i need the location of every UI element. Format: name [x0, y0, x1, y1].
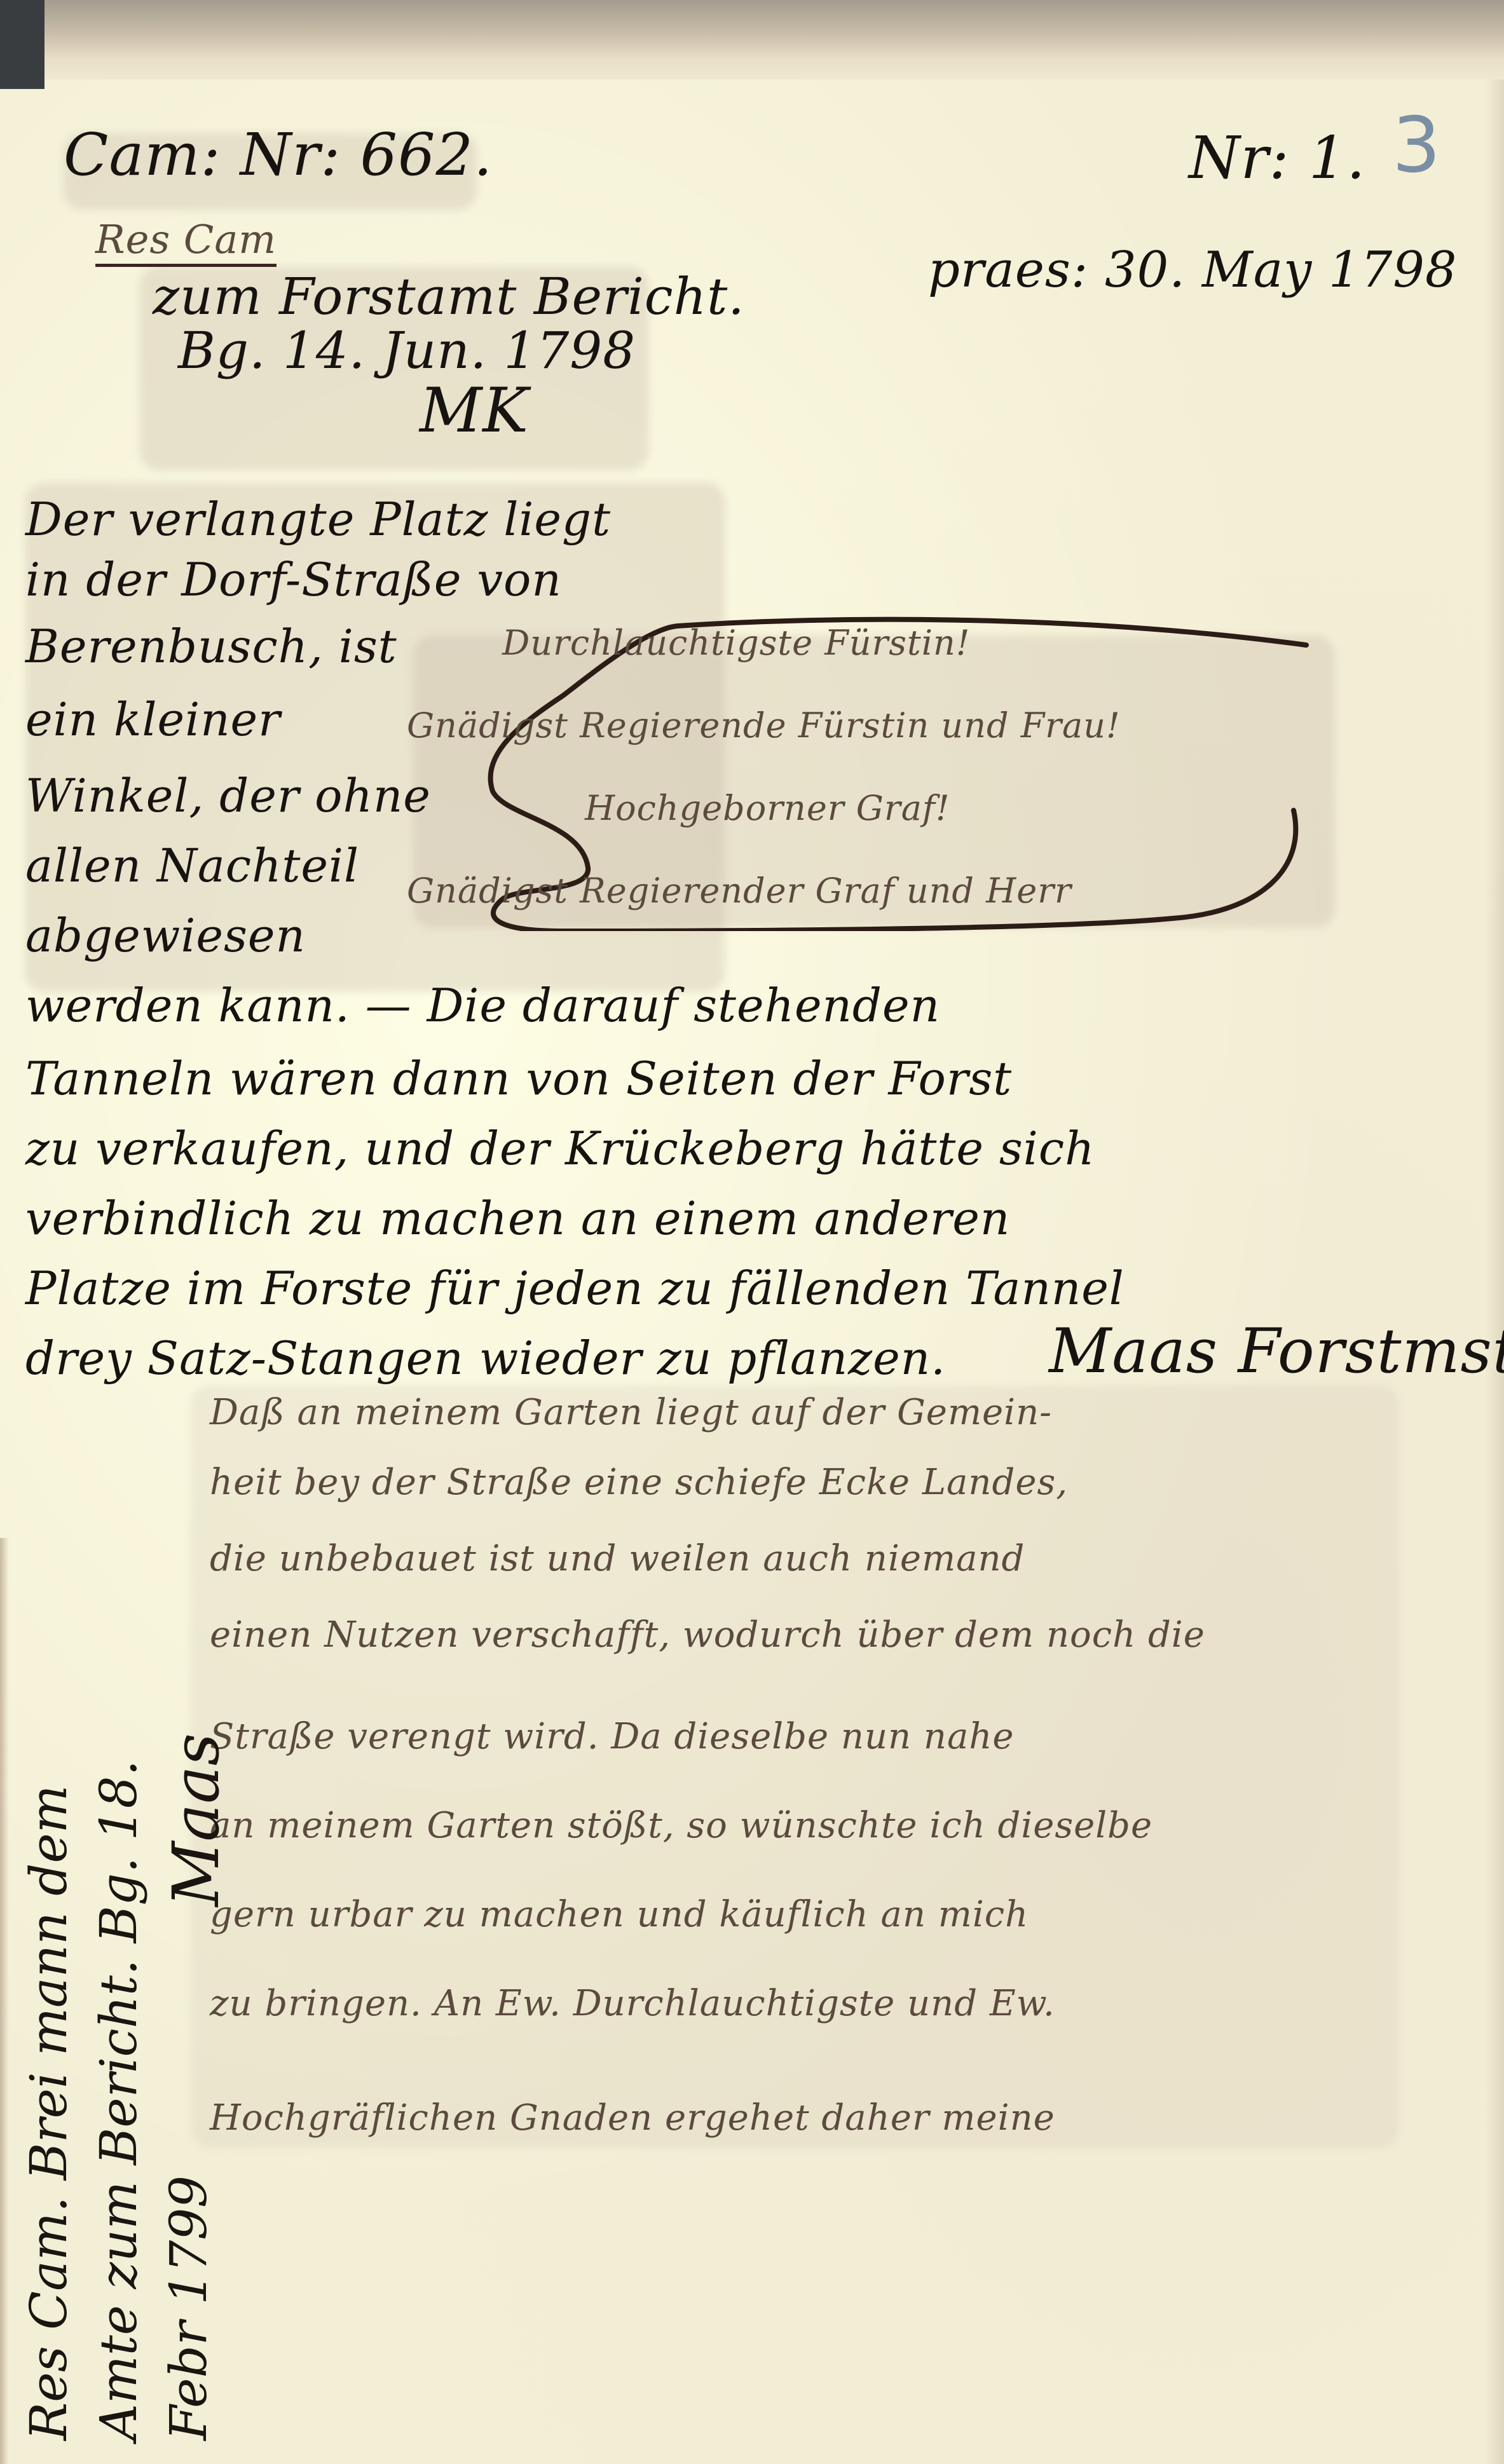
- salutation-line: Gnädigst Regierende Fürstin und Frau!: [407, 705, 1121, 745]
- report-line: Der verlangte Platz liegt: [25, 493, 611, 546]
- header-cam-number: Cam: Nr: 662.: [64, 121, 493, 189]
- petition-line: einen Nutzen verschafft, wodurch über de…: [210, 1614, 1205, 1656]
- margin-note-line3: Febr 1799: [159, 2175, 218, 2440]
- resolution-date: Bg. 14. Jun. 1798: [178, 321, 636, 380]
- salutation-line: Gnädigst Regierender Graf und Herr: [407, 871, 1072, 911]
- paper-right-edge: [1485, 79, 1504, 2464]
- report-line: zu verkaufen, und der Krückeberg hätte s…: [25, 1122, 1095, 1175]
- petition-line: Daß an meinem Garten liegt auf der Gemei…: [210, 1392, 1052, 1433]
- petition-line: gern urbar zu machen und käuflich an mic…: [210, 1894, 1029, 1935]
- report-line: allen Nachteil: [25, 839, 359, 892]
- margin-note-signature: Maas: [159, 1733, 233, 1907]
- report-line: Tanneln wären dann von Seiten der Forst: [25, 1052, 1012, 1105]
- manuscript-page: Cam: Nr: 662. Nr: 1. 3 praes: 30. May 17…: [0, 0, 1504, 2464]
- salutation-line: Hochgeborner Graf!: [585, 788, 950, 828]
- margin-note-line2: Amte zum Bericht. Bg. 18.: [89, 1760, 148, 2440]
- report-line: werden kann. — Die darauf stehenden: [25, 979, 940, 1032]
- report-signature: Maas Forstmstr: [1049, 1316, 1504, 1387]
- paper-left-fold: [0, 1538, 9, 2464]
- report-line: drey Satz-Stangen wieder zu pflanzen.: [25, 1331, 946, 1385]
- petition-line: zu bringen. An Ew. Durchlauchtigste und …: [210, 1983, 1055, 2024]
- report-line: abgewiesen: [25, 909, 306, 962]
- header-number: Nr: 1.: [1189, 124, 1366, 192]
- paper-top-edge: [0, 0, 1504, 79]
- praes-note: praes: 30. May 1798: [928, 242, 1458, 299]
- report-line: Platze im Forste für jeden zu fällenden …: [25, 1262, 1125, 1315]
- report-line: Berenbusch, ist: [25, 620, 397, 673]
- petition-line: an meinem Garten stößt, so wünschte ich …: [210, 1805, 1152, 1846]
- report-line: Winkel, der ohne: [25, 769, 431, 822]
- resolution-initials: MK: [420, 375, 529, 446]
- petition-line: Straße verengt wird. Da dieselbe nun nah…: [210, 1716, 1015, 1757]
- resolution-forstamt: zum Forstamt Bericht.: [153, 267, 745, 326]
- report-line: ein kleiner: [25, 693, 281, 746]
- petition-line: Hochgräflichen Gnaden ergehet daher mein…: [210, 2097, 1055, 2139]
- resolution-res-cam: Res Cam: [95, 216, 277, 267]
- report-line: verbindlich zu machen an einem anderen: [25, 1192, 1010, 1245]
- report-line: in der Dorf-Straße von: [25, 553, 562, 606]
- margin-note-line1: Res Cam. Brei mann dem: [19, 1785, 78, 2440]
- petition-line: die unbebauet ist und weilen auch nieman…: [210, 1538, 1025, 1579]
- petition-line: heit bey der Straße eine schiefe Ecke La…: [210, 1462, 1068, 1503]
- salutation-line: Durchlauchtigste Fürstin!: [502, 623, 970, 663]
- binding-corner: [0, 0, 44, 89]
- pencil-page-number: 3: [1392, 102, 1441, 190]
